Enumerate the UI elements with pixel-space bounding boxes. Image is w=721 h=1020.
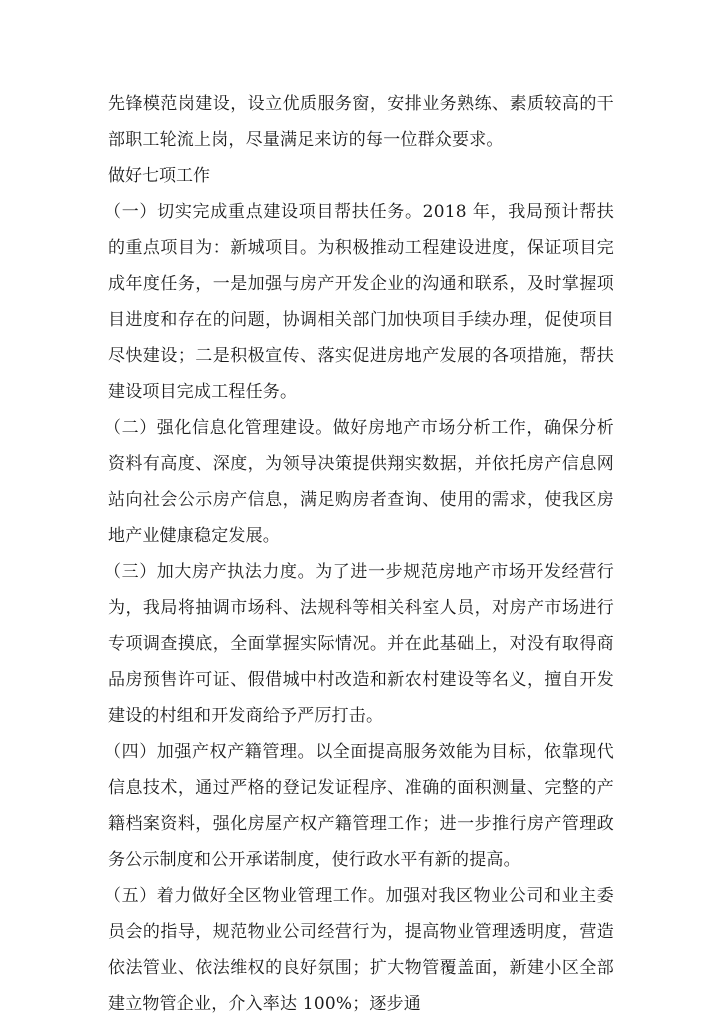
paragraph-task-3: （三）加大房产执法力度。为了进一步规范房地产市场开发经营行为，我局将抽调市场科、… (108, 554, 614, 734)
paragraph-task-1: （一）切实完成重点建设项目帮扶任务。2018 年，我局预计帮扶的重点项目为：新城… (108, 194, 614, 410)
paragraph-task-2: （二）强化信息化管理建设。做好房地产市场分析工作，确保分析资料有高度、深度，为领… (108, 410, 614, 554)
paragraph-service-window: 先锋模范岗建设，设立优质服务窗，安排业务熟练、素质较高的干部职工轮流上岗，尽量满… (108, 86, 614, 158)
paragraph-task-5: （五）着力做好全区物业管理工作。加强对我区物业公司和业主委员会的指导，规范物业公… (108, 878, 614, 1020)
document-page: 先锋模范岗建设，设立优质服务窗，安排业务熟练、素质较高的干部职工轮流上岗，尽量满… (108, 86, 614, 1020)
section-heading-seven-tasks: 做好七项工作 (108, 158, 614, 194)
paragraph-task-4: （四）加强产权产籍管理。以全面提高服务效能为目标，依靠现代信息技术，通过严格的登… (108, 734, 614, 878)
